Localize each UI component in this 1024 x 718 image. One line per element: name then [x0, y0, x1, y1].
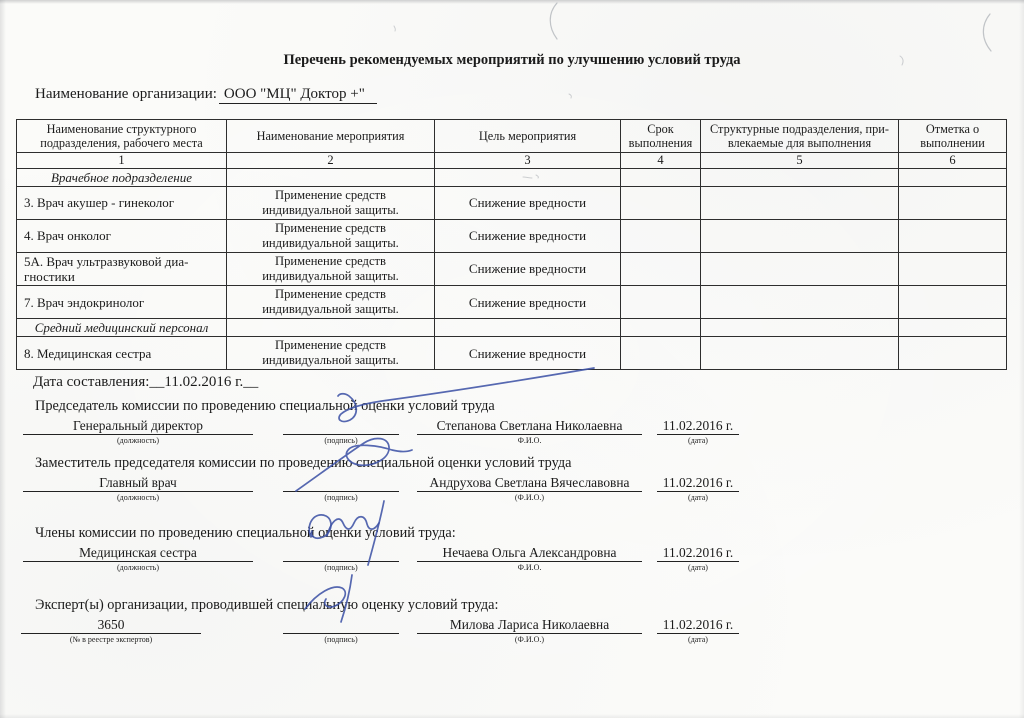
table-row: 8. Медицинская сестра Применение средств…	[17, 337, 1007, 370]
signature-fields: Медицинская сестра (должность) (подпись)…	[0, 542, 1024, 573]
cell-measure: Применение средств индивидуальной защиты…	[227, 337, 435, 370]
cell-mark-empty	[899, 187, 1007, 220]
header-departments: Структурные подразделения, при-влекаемые…	[701, 120, 899, 153]
signature-fields: Главный врач (должность) (подпись) Андру…	[0, 472, 1024, 503]
cell-mark-empty	[899, 337, 1007, 370]
empty-cell	[227, 319, 435, 337]
table-row: 3. Врач акушер - гинеколог Применение ср…	[17, 187, 1007, 220]
cell-term-empty	[621, 337, 701, 370]
field-date: 11.02.2016 г. (дата)	[657, 542, 739, 573]
table-row: 7. Врач эндокринолог Применение средств …	[17, 286, 1007, 319]
empty-cell	[701, 168, 899, 186]
signature-block-deputy: Заместитель председателя комиссии по про…	[0, 455, 1024, 503]
empty-cell	[227, 168, 435, 186]
expert-number-value: 3650	[21, 614, 201, 634]
cell-mark-empty	[899, 252, 1007, 286]
signature-line	[283, 415, 399, 435]
organization-line: Наименование организации:ООО "МЦ" Доктор…	[35, 86, 1024, 104]
field-date: 11.02.2016 г. (дата)	[657, 614, 739, 645]
signature-fields: Генеральный директор (должность) (подпис…	[0, 415, 1024, 446]
signature-block-chairman: Председатель комиссии по проведению спец…	[0, 398, 1024, 446]
field-position: Главный врач (должность)	[23, 472, 253, 503]
section-row: Врачебное подразделение	[17, 168, 1007, 186]
date-label: (дата)	[657, 492, 739, 503]
organization-value: ООО "МЦ" Доктор +"	[219, 86, 377, 104]
col-number: 2	[227, 153, 435, 169]
empty-cell	[435, 168, 621, 186]
cell-measure: Применение средств индивидуальной защиты…	[227, 219, 435, 252]
position-label: (должность)	[23, 562, 253, 573]
cell-term-empty	[621, 187, 701, 220]
empty-cell	[621, 168, 701, 186]
empty-cell	[435, 319, 621, 337]
cell-workplace: 5А. Врач ультразвуковой диа-гностики	[17, 252, 227, 286]
col-number: 5	[701, 153, 899, 169]
field-name: Андрухова Светлана Вячеславовна (Ф.И.О.)	[417, 472, 642, 503]
page-title: Перечень рекомендуемых мероприятий по ул…	[10, 52, 1014, 69]
field-expert-number: 3650 (№ в реестре экспертов)	[21, 614, 201, 645]
name-value: Милова Лариса Николаевна	[417, 614, 642, 634]
cell-workplace: 4. Врач онколог	[17, 219, 227, 252]
section-label: Врачебное подразделение	[17, 168, 227, 186]
cell-mark-empty	[899, 219, 1007, 252]
signature-label: (подпись)	[283, 492, 399, 503]
signature-heading: Председатель комиссии по проведению спец…	[35, 398, 1024, 415]
scan-artifact-curve	[983, 14, 991, 51]
date-label: (дата)	[657, 634, 739, 645]
position-label: (должность)	[23, 492, 253, 503]
col-number: 6	[899, 153, 1007, 169]
header-goal: Цель мероприятия	[435, 120, 621, 153]
organization-label: Наименование организации:	[35, 86, 217, 102]
field-name: Милова Лариса Николаевна (Ф.И.О.)	[417, 614, 642, 645]
position-value: Медицинская сестра	[23, 542, 253, 562]
measures-table: Наименование структурного подразделения,…	[16, 119, 1007, 370]
date-value: 11.02.2016 г.	[657, 614, 739, 634]
field-signature: (подпись)	[283, 542, 399, 573]
field-signature: (подпись)	[283, 472, 399, 503]
header-term: Срок выполнения	[621, 120, 701, 153]
cell-departments-empty	[701, 337, 899, 370]
cell-term-empty	[621, 286, 701, 319]
cell-mark-empty	[899, 286, 1007, 319]
name-value: Степанова Светлана Николаевна	[417, 415, 642, 435]
scan-edge-right	[1019, 0, 1024, 718]
empty-cell	[899, 168, 1007, 186]
col-number: 4	[621, 153, 701, 169]
section-row: Средний медицинский персонал	[17, 319, 1007, 337]
field-date: 11.02.2016 г. (дата)	[657, 472, 739, 503]
signature-line	[283, 472, 399, 492]
section-label: Средний медицинский персонал	[17, 319, 227, 337]
signature-block-members: Члены комиссии по проведению специальной…	[0, 525, 1024, 573]
cell-goal: Снижение вредности	[435, 337, 621, 370]
field-name: Степанова Светлана Николаевна Ф.И.О.	[417, 415, 642, 446]
cell-departments-empty	[701, 219, 899, 252]
cell-goal: Снижение вредности	[435, 286, 621, 319]
cell-departments-empty	[701, 187, 899, 220]
expert-number-label: (№ в реестре экспертов)	[21, 634, 201, 645]
date-value: 11.02.2016 г.	[657, 415, 739, 435]
name-label: (Ф.И.О.)	[417, 634, 642, 645]
empty-cell	[899, 319, 1007, 337]
date-label: (дата)	[657, 562, 739, 573]
field-date: 11.02.2016 г. (дата)	[657, 415, 739, 446]
cell-term-empty	[621, 219, 701, 252]
scan-edge-top	[0, 0, 1024, 4]
cell-departments-empty	[701, 252, 899, 286]
signature-heading: Члены комиссии по проведению специальной…	[35, 525, 1024, 542]
cell-term-empty	[621, 252, 701, 286]
field-position: Медицинская сестра (должность)	[23, 542, 253, 573]
scanned-document-page: Перечень рекомендуемых мероприятий по ул…	[0, 0, 1024, 718]
signature-heading: Эксперт(ы) организации, проводившей спец…	[35, 597, 1024, 614]
header-measure: Наименование мероприятия	[227, 120, 435, 153]
cell-measure: Применение средств индивидуальной защиты…	[227, 286, 435, 319]
field-signature: (подпись)	[283, 614, 399, 645]
signature-label: (подпись)	[283, 634, 399, 645]
table-row: 5А. Врач ультразвуковой диа-гностики При…	[17, 252, 1007, 286]
cell-departments-empty	[701, 286, 899, 319]
cell-workplace: 3. Врач акушер - гинеколог	[17, 187, 227, 220]
field-signature: (подпись)	[283, 415, 399, 446]
column-number-row: 1 2 3 4 5 6	[17, 153, 1007, 169]
scan-artifact-curve	[550, 3, 557, 39]
scan-edge-left	[0, 0, 6, 718]
col-number: 3	[435, 153, 621, 169]
name-value: Нечаева Ольга Александровна	[417, 542, 642, 562]
header-mark: Отметка о выполнении	[899, 120, 1007, 153]
compilation-date-line: Дата составления:__11.02.2016 г.__	[33, 374, 1024, 391]
table-header-row: Наименование структурного подразделения,…	[17, 120, 1007, 153]
field-position: Генеральный директор (должность)	[23, 415, 253, 446]
name-label: Ф.И.О.	[417, 435, 642, 446]
name-label: Ф.И.О.	[417, 562, 642, 573]
empty-cell	[701, 319, 899, 337]
empty-cell	[621, 319, 701, 337]
cell-goal: Снижение вредности	[435, 219, 621, 252]
cell-goal: Снижение вредности	[435, 187, 621, 220]
name-label: (Ф.И.О.)	[417, 492, 642, 503]
signature-label: (подпись)	[283, 435, 399, 446]
date-value: 11.02.2016 г.	[657, 542, 739, 562]
cell-goal: Снижение вредности	[435, 252, 621, 286]
cell-workplace: 8. Медицинская сестра	[17, 337, 227, 370]
signature-heading: Заместитель председателя комиссии по про…	[35, 455, 1024, 472]
position-value: Главный врач	[23, 472, 253, 492]
position-label: (должность)	[23, 435, 253, 446]
signature-block-expert: Эксперт(ы) организации, проводившей спец…	[0, 597, 1024, 645]
col-number: 1	[17, 153, 227, 169]
header-workplace: Наименование структурного подразделения,…	[17, 120, 227, 153]
name-value: Андрухова Светлана Вячеславовна	[417, 472, 642, 492]
cell-measure: Применение средств индивидуальной защиты…	[227, 252, 435, 286]
scan-edge-bottom	[0, 714, 1024, 718]
position-value: Генеральный директор	[23, 415, 253, 435]
cell-workplace: 7. Врач эндокринолог	[17, 286, 227, 319]
cell-measure: Применение средств индивидуальной защиты…	[227, 187, 435, 220]
table-row: 4. Врач онколог Применение средств индив…	[17, 219, 1007, 252]
signature-line	[283, 614, 399, 634]
date-value: 11.02.2016 г.	[657, 472, 739, 492]
signature-fields: 3650 (№ в реестре экспертов) (подпись) М…	[0, 614, 1024, 645]
date-label: (дата)	[657, 435, 739, 446]
scan-artifact-mark	[394, 26, 395, 31]
field-name: Нечаева Ольга Александровна Ф.И.О.	[417, 542, 642, 573]
signature-line	[283, 542, 399, 562]
signature-label: (подпись)	[283, 562, 399, 573]
